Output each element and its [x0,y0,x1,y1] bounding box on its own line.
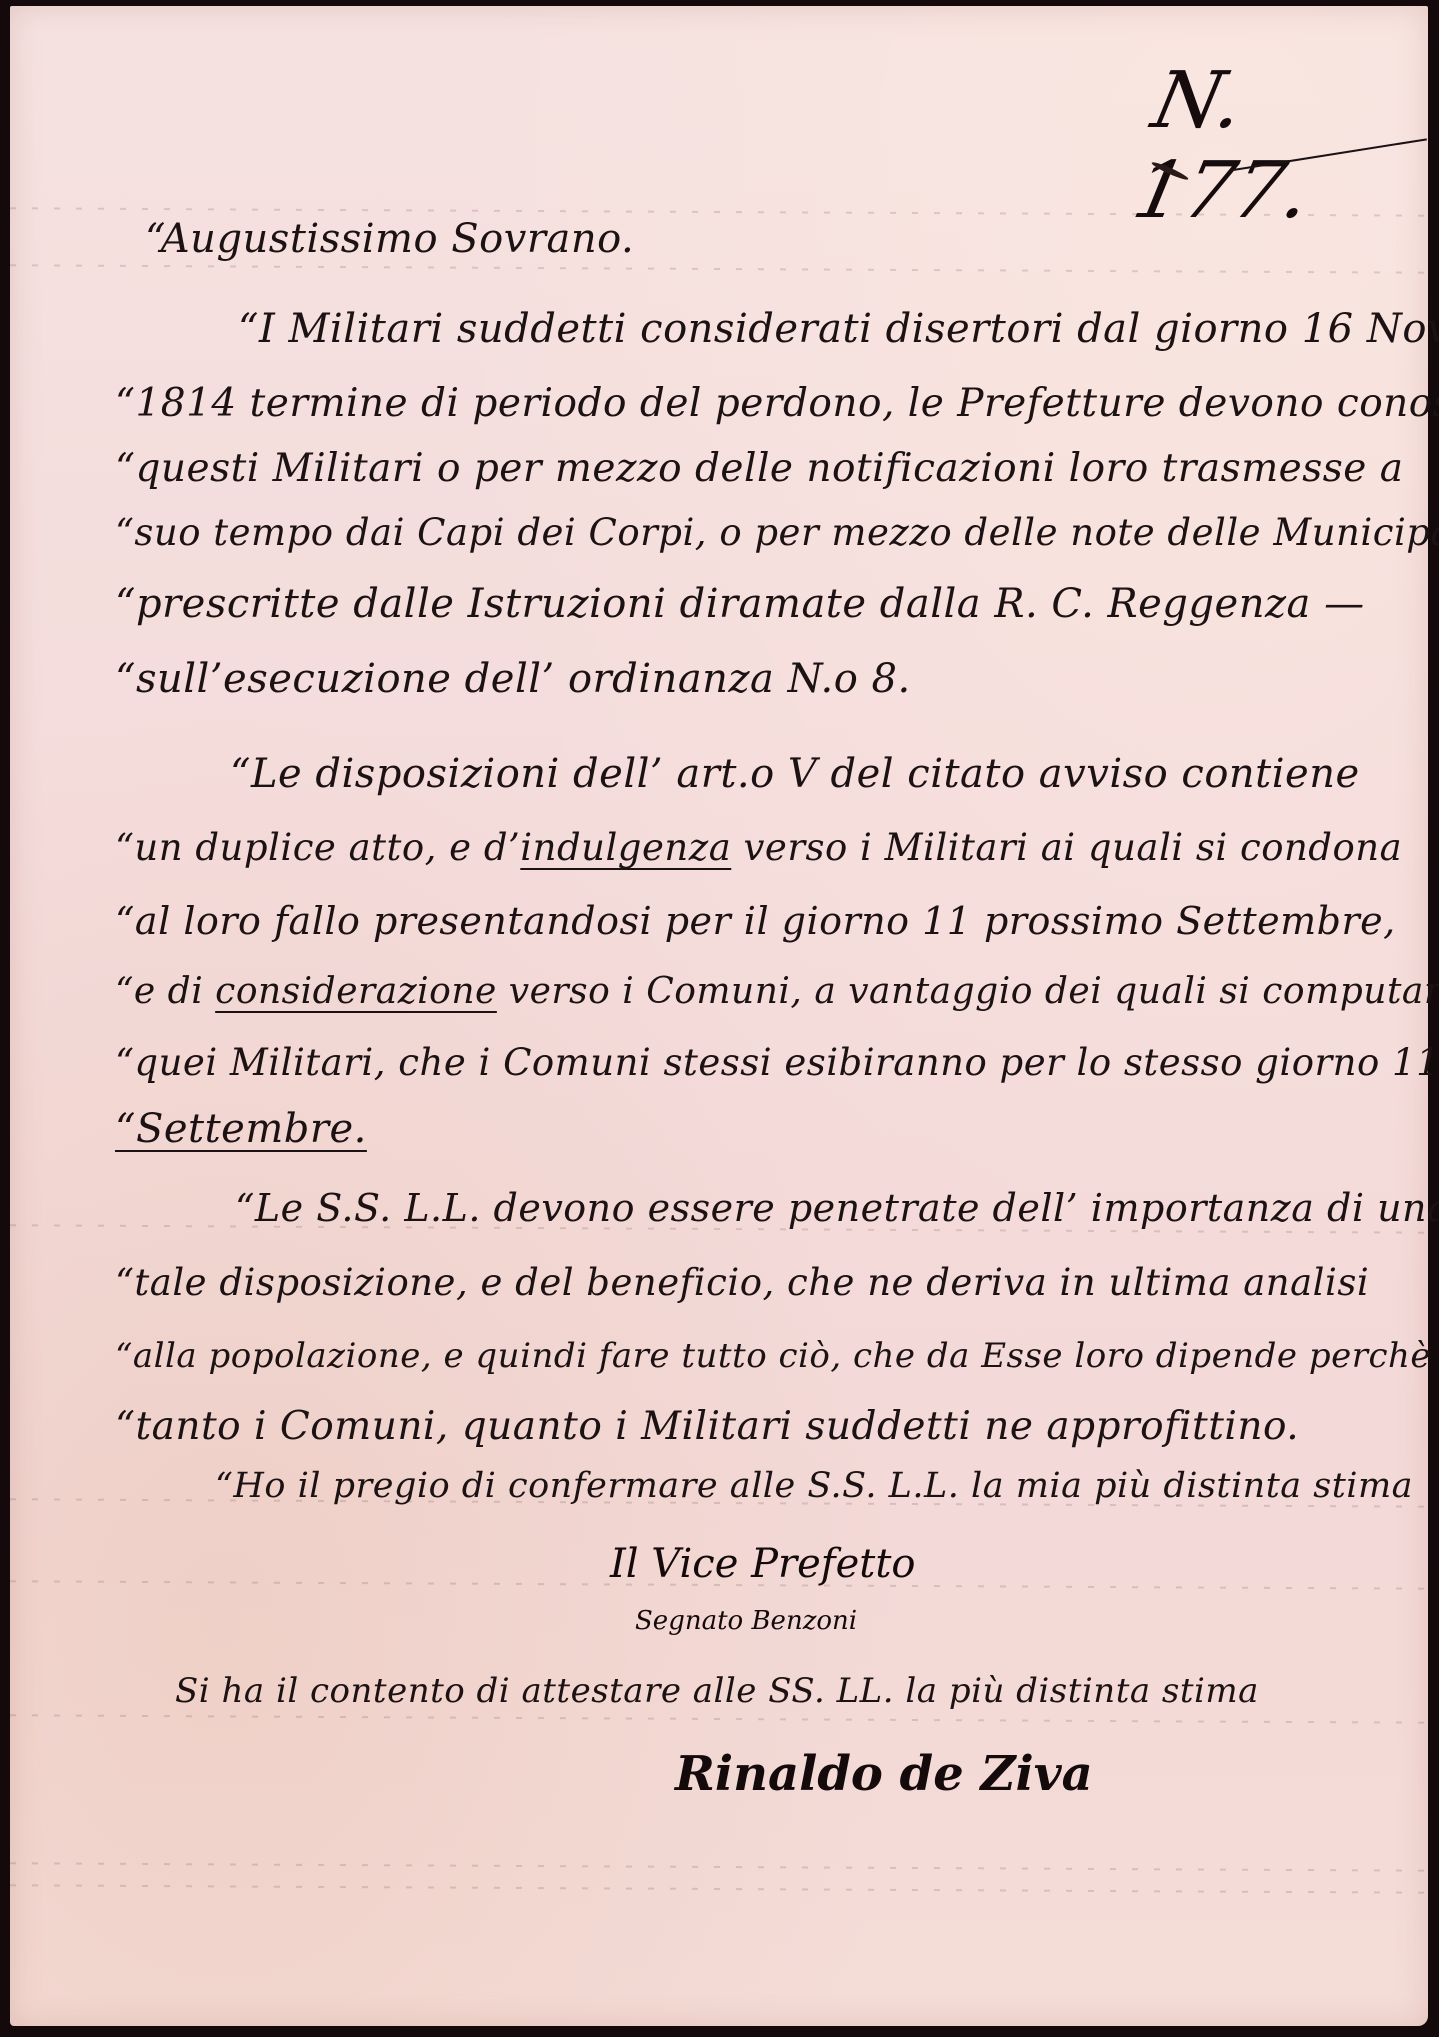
scan-frame: N. 177. “Augustissimo Sovrano. “I Milita… [0,0,1439,2037]
text-line: “al loro fallo presentandosi per il gior… [115,899,1396,943]
text-line: “1814 termine di periodo del perdono, le… [115,381,1439,426]
final-signature: Rinaldo de Ziva [675,1746,1093,1802]
text-line: “sull’esecuzione dell’ ordinanza N.o 8. [115,656,911,702]
text-fragment: verso i Comuni, a vantaggio dei quali si… [497,971,1439,1012]
text-line: “e di considerazione verso i Comuni, a v… [115,971,1439,1012]
text-fragment: “un duplice atto, e d’ [115,826,520,869]
attestation-line: Si ha il contento di attestare alle SS. … [175,1671,1259,1711]
text-line: “un duplice atto, e d’indulgenza verso i… [115,826,1402,869]
text-fragment: verso i Militari ai quali si condona [731,826,1402,869]
underlined-word: considerazione [215,971,497,1012]
bleed-through-line [10,1714,1428,1723]
folio-number: N. 177. [1126,56,1439,236]
salutation: “Augustissimo Sovrano. [145,216,634,262]
text-line: “alla popolazione, e quindi fare tutto c… [115,1336,1431,1376]
text-line: “Ho il pregio di confermare alle S.S. L.… [215,1466,1413,1506]
signed-by: Segnato Benzoni [635,1606,857,1636]
text-line: “prescritte dalle Istruzioni diramate da… [115,581,1365,627]
text-line: “Settembre. [115,1106,367,1152]
text-line: “questi Militari o per mezzo delle notif… [115,446,1404,491]
text-fragment: “e di [115,971,215,1012]
text-line: “I Militari suddetti considerati diserto… [238,306,1439,352]
bleed-through-line [10,264,1428,273]
bleed-through-line [10,1862,1428,1871]
underlined-word: indulgenza [520,826,731,869]
bleed-through-line [10,1884,1428,1893]
text-line: “tanto i Comuni, quanto i Militari sudde… [115,1404,1299,1449]
text-line: “quei Militari, che i Comuni stessi esib… [115,1041,1439,1084]
text-line: “tale disposizione, e del beneficio, che… [115,1261,1369,1304]
letter-page: N. 177. “Augustissimo Sovrano. “I Milita… [10,6,1428,2026]
signatory-title: Il Vice Prefetto [610,1541,916,1587]
text-line: “suo tempo dai Capi dei Corpi, o per mez… [115,511,1439,554]
text-line: “Le S.S. L.L. devono essere penetrate de… [235,1186,1439,1230]
text-line: “Le disposizioni dell’ art.o V del citat… [230,751,1360,797]
